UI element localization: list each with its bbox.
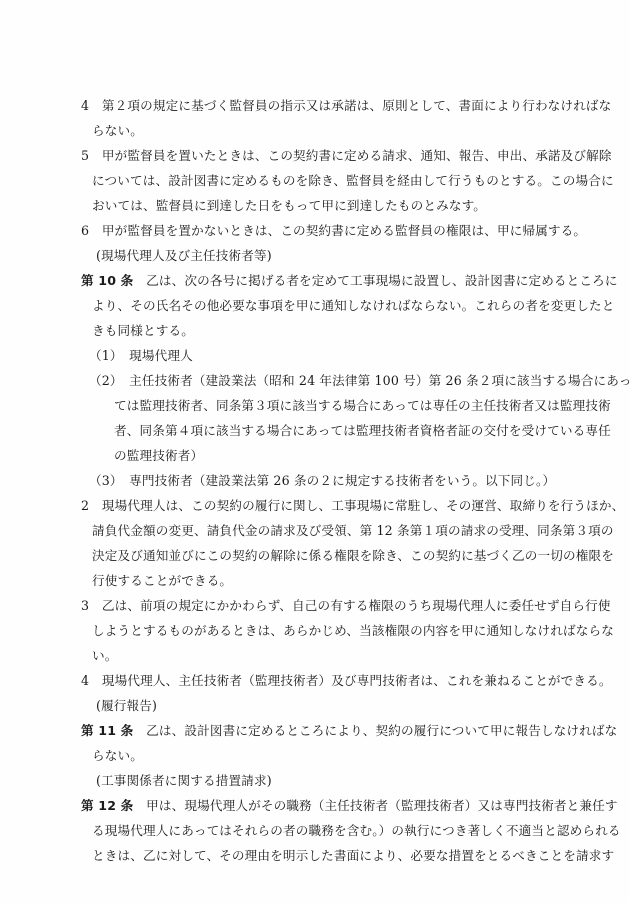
line-text: 4 現場代理人、主任技術者（監理技術者）及び専門技術者は、これを兼ねることができ…	[81, 673, 612, 688]
article-number: 第 12 条	[81, 798, 133, 813]
text-line: (履行報告)	[96, 698, 157, 714]
line-text: 3 乙は、前項の規定にかかわらず、自己の有する権限のうち現場代理人に委任せず自ら…	[81, 598, 611, 613]
text-line: らない。	[92, 748, 143, 764]
text-line: より、その氏名その他必要な事項を甲に通知しなければならない。これらの者を変更した…	[92, 298, 615, 314]
line-text: きも同様とする。	[92, 323, 194, 338]
text-line: い。	[92, 648, 118, 664]
line-text: ときは、乙に対して、その理由を明示した書面により、必要な措置をとるべきことを請求…	[92, 848, 614, 863]
text-line: らない。	[92, 123, 143, 139]
text-line: (現場代理人及び主任技術者等)	[96, 248, 272, 264]
text-line: 行使することができる。	[92, 573, 232, 589]
article-number: 第 11 条	[81, 723, 133, 738]
line-text: 5 甲が監督員を置いたときは、この契約書に定める請求、通知、報告、申出、承諾及び…	[81, 148, 612, 163]
line-text: （1） 現場代理人	[89, 348, 193, 363]
line-text: らない。	[92, 123, 143, 138]
line-text: 4 第２項の規定に基づく監督員の指示又は承諾は、原則として、書面により行わなけれ…	[81, 98, 611, 113]
line-text: い。	[92, 648, 118, 663]
line-text: る現場代理人にあってはそれらの者の職務を含む。）の執行につき著しく不適当と認めら…	[92, 823, 621, 838]
document-page: 4 第２項の規定に基づく監督員の指示又は承諾は、原則として、書面により行わなけれ…	[0, 0, 630, 903]
line-text: しようとするものがあるときは、あらかじめ、当該権限の内容を甲に通知しなければなら…	[92, 623, 614, 638]
line-text: おいては、監督員に到達した日をもって甲に到達したものとみなす。	[92, 198, 486, 213]
line-text: 者、同条第４項に該当する場合にあっては監理技術者資格者証の交付を受けている専任	[114, 423, 611, 438]
line-text: については、設計図書に定めるものを除き、監督員を経由して行うものとする。この場合…	[92, 173, 614, 188]
line-text: (履行報告)	[96, 698, 157, 713]
line-text: 乙は、次の各号に掲げる者を定めて工事現場に設置し、設計図書に定めるところに	[133, 273, 617, 288]
text-line: きも同様とする。	[92, 323, 194, 339]
text-line: （3） 専門技術者（建設業法第 26 条の２に規定する技術者をいう。以下同じ。）	[89, 473, 555, 489]
line-text: 乙は、設計図書に定めるところにより、契約の履行について甲に報告しなければな	[133, 723, 617, 738]
line-text: (現場代理人及び主任技術者等)	[96, 248, 272, 263]
article-heading-line: 第 12 条 甲は、現場代理人がその職務（主任技術者（監理技術者）又は専門技術者…	[81, 798, 618, 814]
text-line: 者、同条第４項に該当する場合にあっては監理技術者資格者証の交付を受けている専任	[114, 423, 611, 439]
text-line: 5 甲が監督員を置いたときは、この契約書に定める請求、通知、報告、申出、承諾及び…	[81, 148, 612, 164]
text-line: 決定及び通知並びにこの契約の解除に係る権限を除き、この契約に基づく乙の一切の権限…	[92, 548, 614, 564]
line-text: より、その氏名その他必要な事項を甲に通知しなければならない。これらの者を変更した…	[92, 298, 615, 313]
text-line: ときは、乙に対して、その理由を明示した書面により、必要な措置をとるべきことを請求…	[92, 848, 614, 864]
text-line: ては監理技術者、同条第３項に該当する場合にあっては専任の主任技術者又は監理技術	[114, 398, 611, 414]
line-text: らない。	[92, 748, 143, 763]
text-line: （1） 現場代理人	[89, 348, 193, 364]
text-line: （2） 主任技術者（建設業法（昭和 24 年法律第 100 号）第 26 条２項…	[89, 373, 630, 389]
text-line: 4 現場代理人、主任技術者（監理技術者）及び専門技術者は、これを兼ねることができ…	[81, 673, 612, 689]
line-text: (工事関係者に関する措置請求)	[96, 773, 272, 788]
text-line: の監理技術者）	[114, 448, 203, 464]
text-line: (工事関係者に関する措置請求)	[96, 773, 272, 789]
article-heading-line: 第 11 条 乙は、設計図書に定めるところにより、契約の履行について甲に報告しな…	[81, 723, 617, 739]
text-line: 2 現場代理人は、この契約の履行に関し、工事現場に常駐し、その運営、取締りを行う…	[81, 498, 624, 514]
line-text: ては監理技術者、同条第３項に該当する場合にあっては専任の主任技術者又は監理技術	[114, 398, 611, 413]
article-number: 第 10 条	[81, 273, 133, 288]
text-line: しようとするものがあるときは、あらかじめ、当該権限の内容を甲に通知しなければなら…	[92, 623, 614, 639]
line-text: 6 甲が監督員を置かないときは、この契約書に定める監督員の権限は、甲に帰属する。	[81, 223, 586, 238]
line-text: 2 現場代理人は、この契約の履行に関し、工事現場に常駐し、その運営、取締りを行う…	[81, 498, 624, 513]
text-line: おいては、監督員に到達した日をもって甲に到達したものとみなす。	[92, 198, 486, 214]
line-text: 甲は、現場代理人がその職務（主任技術者（監理技術者）又は専門技術者と兼任す	[133, 798, 617, 813]
line-text: の監理技術者）	[114, 448, 203, 463]
text-line: 6 甲が監督員を置かないときは、この契約書に定める監督員の権限は、甲に帰属する。	[81, 223, 586, 239]
line-text: 行使することができる。	[92, 573, 232, 588]
line-text: 決定及び通知並びにこの契約の解除に係る権限を除き、この契約に基づく乙の一切の権限…	[92, 548, 614, 563]
text-line: 請負代金額の変更、請負代金の請求及び受領、第 12 条第１項の請求の受理、同条第…	[92, 523, 614, 539]
line-text: 請負代金額の変更、請負代金の請求及び受領、第 12 条第１項の請求の受理、同条第…	[92, 523, 614, 538]
text-line: については、設計図書に定めるものを除き、監督員を経由して行うものとする。この場合…	[92, 173, 614, 189]
line-text: （3） 専門技術者（建設業法第 26 条の２に規定する技術者をいう。以下同じ。）	[89, 473, 555, 488]
article-heading-line: 第 10 条 乙は、次の各号に掲げる者を定めて工事現場に設置し、設計図書に定める…	[81, 273, 618, 289]
line-text: （2） 主任技術者（建設業法（昭和 24 年法律第 100 号）第 26 条２項…	[89, 373, 630, 388]
text-line: る現場代理人にあってはそれらの者の職務を含む。）の執行につき著しく不適当と認めら…	[92, 823, 621, 839]
text-line: 4 第２項の規定に基づく監督員の指示又は承諾は、原則として、書面により行わなけれ…	[81, 98, 611, 114]
text-line: 3 乙は、前項の規定にかかわらず、自己の有する権限のうち現場代理人に委任せず自ら…	[81, 598, 611, 614]
